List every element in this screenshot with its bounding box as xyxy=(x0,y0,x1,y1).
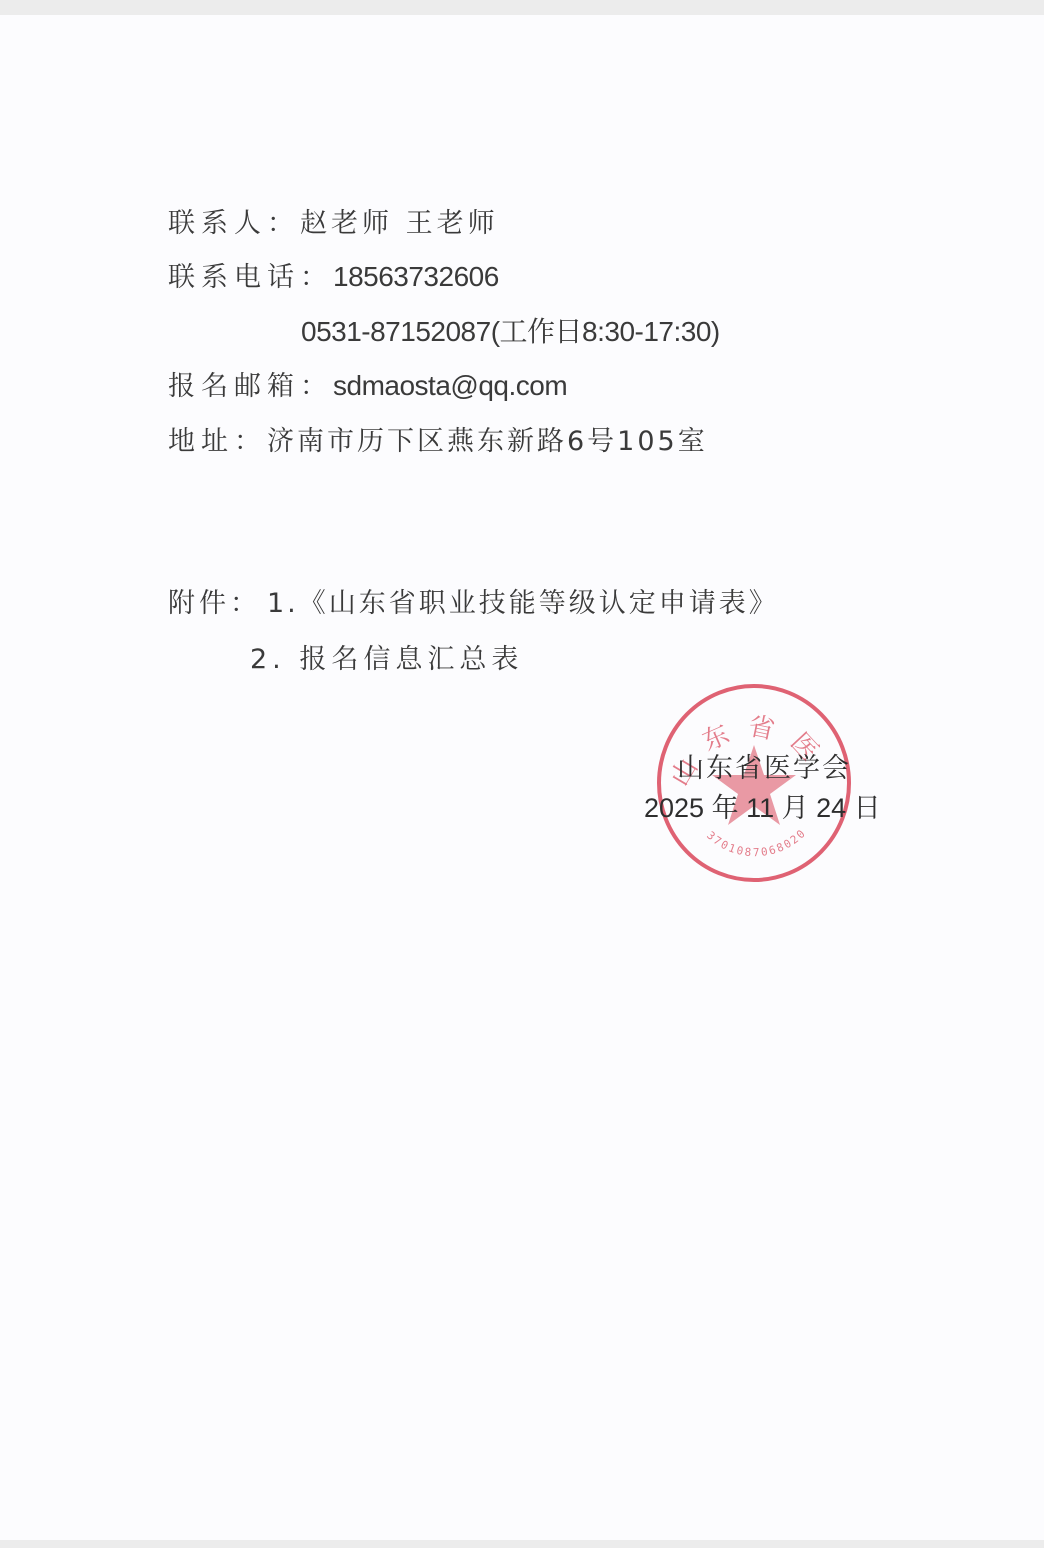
attachments-line-2: 2. 报名信息汇总表 xyxy=(250,637,523,676)
signature-organization: 山东省医学会 xyxy=(677,746,851,785)
attachment-item-2: 2. 报名信息汇总表 xyxy=(250,644,523,675)
contact-phone-mobile: 18563732606 xyxy=(333,261,499,292)
contact-person-value: 赵老师 王老师 xyxy=(300,208,499,239)
svg-text:3701087068020: 3701087068020 xyxy=(704,826,809,859)
contact-phone-line: 联系电话：18563732606 xyxy=(168,255,499,294)
contact-address-label: 地址： xyxy=(168,426,267,457)
signature-date: 2025 年 11 月 24 日 xyxy=(644,786,881,825)
contact-person-line: 联系人：赵老师 王老师 xyxy=(168,201,499,240)
contact-phone-landline: 0531-87152087(工作日8:30-17:30) xyxy=(301,310,720,350)
contact-email-label: 报名邮箱： xyxy=(168,371,333,402)
contact-address-value: 济南市历下区燕东新路6号105室 xyxy=(267,426,708,457)
attachments-line-1: 附件：1.《山东省职业技能等级认定申请表》 xyxy=(168,581,779,620)
contact-address-line: 地址：济南市历下区燕东新路6号105室 xyxy=(168,419,708,458)
attachment-item-1: 1.《山东省职业技能等级认定申请表》 xyxy=(267,588,779,619)
attachments-label: 附件： xyxy=(168,588,261,619)
contact-email-value: sdmaosta@qq.com xyxy=(333,370,567,401)
contact-person-label: 联系人： xyxy=(168,208,300,239)
contact-phone-label: 联系电话： xyxy=(168,262,333,293)
contact-email-line: 报名邮箱：sdmaosta@qq.com xyxy=(168,364,567,403)
document-page: 联系人：赵老师 王老师 联系电话：18563732606 0531-871520… xyxy=(0,15,1044,1540)
